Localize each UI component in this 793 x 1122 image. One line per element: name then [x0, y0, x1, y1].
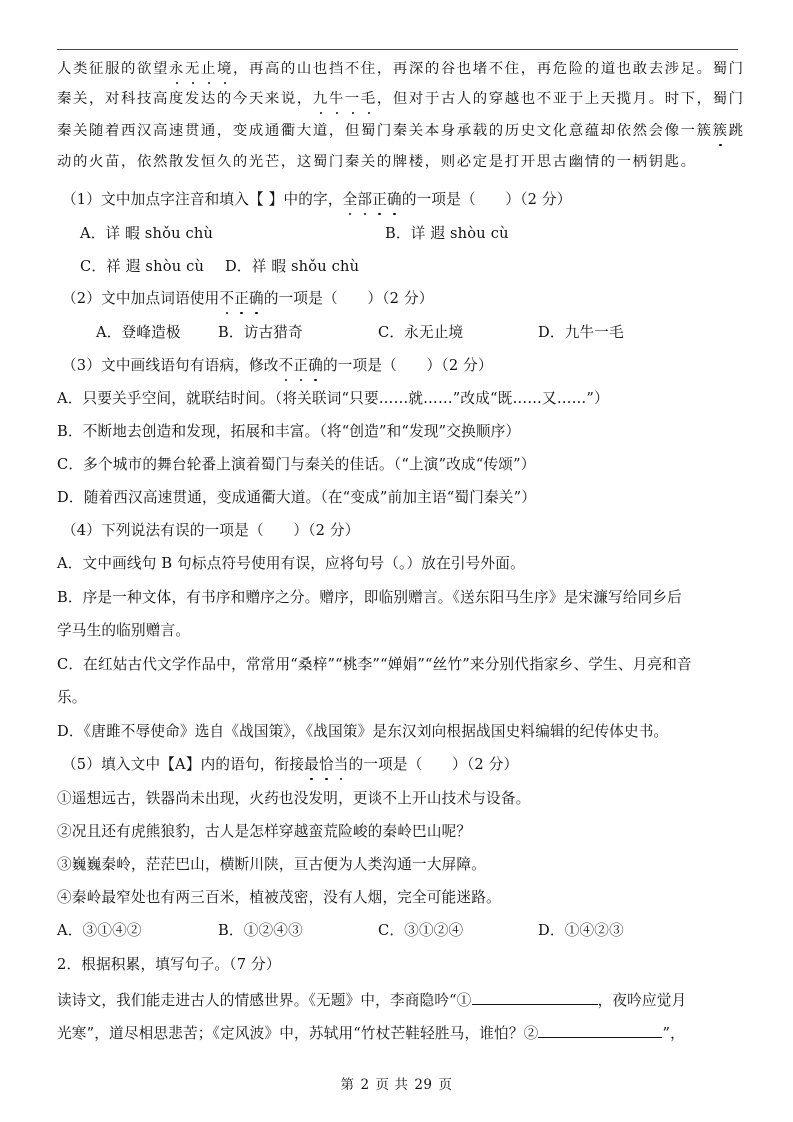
q5-sentence-2: ②况且还有虎熊狼豹，古人是怎样穿越蛮荒险峻的秦岭巴山呢？ [57, 822, 471, 842]
q4-option-c: C．在红姑古代文学作品中，常常用“桑梓”“桃李”“婵娟”“丝竹”来分别代指家乡、… [57, 655, 692, 675]
emphasis-char: 一 [345, 89, 361, 109]
emphasis-char: 正 [293, 356, 308, 376]
q1-option-b: B．详 遐 shòu cù [385, 224, 509, 244]
fill-in-line-1: 读诗文，我们能走进古人的情感世界。《无题》中，李商隐吟“①，夜吟应觉月 [57, 989, 686, 1011]
q2-option-a: A．登峰造极 [96, 323, 181, 343]
emphasis-char: 无 [185, 59, 201, 79]
passage-text: 秦关，对科技高度发达的今天来说， [57, 91, 313, 107]
passage-text: 动的火苗，依然散发恒久的光芒，这蜀门秦关的牌楼，则必定是打开思古幽情的一柄钥匙。 [57, 154, 697, 170]
q5-sentence-3: ③巍巍秦岭，茫茫巴山，横断川陕，亘古便为人类沟通一大屏障。 [57, 855, 486, 875]
stem-text: 的一项是（ ）（2 分） [323, 357, 493, 374]
passage-text: 秦关随着西汉高速贯通，变成通衢大道，但蜀门秦关本身承载的历史文化意蕴却依然会像一… [57, 123, 713, 139]
emphasis-char: 最 [304, 755, 319, 775]
emphasis-char: 正 [234, 289, 249, 309]
q2-option-c: C．永无止境 [378, 323, 463, 343]
q5-option-d: D．①④②③ [538, 921, 624, 941]
stem-text: （3）文中画线语句有语病，修改 [62, 357, 279, 374]
q5-option-c: C．③①②④ [378, 921, 463, 941]
q4-option-c-cont: 乐。 [57, 688, 87, 708]
emphasis-char: 恰 [319, 755, 334, 775]
emphasis-char: 全 [343, 190, 358, 210]
emphasis-char: 确 [387, 190, 402, 210]
q3-option-d: D．随着西汉高速贯通，变成通衢大道。（在“变成”前加主语“蜀门秦关”） [57, 488, 536, 508]
section-2-title: 2．根据积累，填写句子。（7 分） [57, 955, 281, 975]
q4-option-d: D．《唐雎不辱使命》选自《战国策》，《战国策》是东汉刘向根据战国史料编辑的纪传体… [57, 722, 668, 742]
q4-option-b-cont: 学马生的临别赠言。 [57, 621, 190, 641]
passage-line-4: 动的火苗，依然散发恒久的光芒，这蜀门秦关的牌楼，则必定是打开思古幽情的一柄钥匙。 [57, 152, 697, 172]
q2-option-d: D．九牛一毛 [538, 323, 624, 343]
current-page-number: 2 [360, 1077, 369, 1093]
emphasis-char: 不 [219, 289, 234, 309]
footer-text: 页 共 [376, 1077, 409, 1093]
emphasis-char: 确 [249, 289, 264, 309]
fill-text: ”， [662, 1025, 684, 1042]
question-5-stem: （5）填入文中【A】内的语句，衔接最恰当的一项是（ ）（2 分） [62, 755, 518, 775]
emphasis-char: 当 [334, 755, 349, 775]
emphasis-char: 九 [313, 89, 329, 109]
fill-text: ，夜吟应觉月 [598, 992, 687, 1009]
fill-in-line-2: 光寒”，道尽相思悲苦；《定风波》中，苏轼用“竹杖芒鞋轻胜马，谁怕？②”， [57, 1022, 685, 1044]
emphasis-char: 簇 [713, 121, 729, 141]
header-rule [57, 49, 738, 50]
page-footer: 第2页 共29页 [0, 1073, 793, 1093]
passage-line-3: 秦关随着西汉高速贯通，变成通衢大道，但蜀门秦关本身承载的历史文化意蕴却依然会像一… [57, 121, 745, 141]
emphasis-char: 境 [217, 59, 233, 79]
q4-option-a: A．文中画线句 B 句标点符号使用有误，应将句号（。）放在引号外面。 [57, 554, 525, 574]
stem-text: （5）填入文中【A】内的语句，衔接 [62, 756, 304, 773]
passage-text: ，再高的山也挡不住，再深的谷也堵不住，再危险的道也敢去涉足。蜀门 [233, 61, 745, 77]
q3-option-b: B．不断地去创造和发现，拓展和丰富。（将“创造”和“发现”交换顺序） [57, 422, 520, 442]
stem-text: （2）文中加点词语使用 [62, 290, 219, 307]
q5-option-b: B．①②④③ [218, 921, 303, 941]
question-2-stem: （2）文中加点词语使用不正确的一项是（ ）（2 分） [62, 289, 434, 309]
q2-option-b: B．访古猎奇 [218, 323, 303, 343]
total-page-count: 29 [414, 1077, 432, 1093]
question-4-stem: （4）下列说法有误的一项是（ ）（2 分） [62, 521, 360, 541]
q5-sentence-1: ①遥想远古，铁器尚未出现，火药也没发明，更谈不上开山技术与设备。 [57, 789, 530, 809]
q1-option-d: D．祥 暇 shǒu chù [225, 257, 359, 277]
emphasis-char: 不 [279, 356, 294, 376]
emphasis-char: 部 [357, 190, 372, 210]
fill-text: 读诗文，我们能走进古人的情感世界。《无题》中，李商隐吟“① [57, 992, 472, 1009]
emphasis-char: 止 [201, 59, 217, 79]
passage-text: 跳 [729, 123, 745, 139]
q3-option-c: C．多个城市的舞台轮番上演着蜀门与秦关的佳话。（“上演”改成“传颂”） [57, 455, 536, 475]
q5-option-a: A．③①④② [57, 921, 142, 941]
passage-line-1: 人类征服的欲望永无止境，再高的山也挡不住，再深的谷也堵不住，再危险的道也敢去涉足… [57, 59, 745, 79]
passage-text: ，但对于古人的穿越也不亚于上天揽月。时下，蜀门 [377, 91, 745, 107]
emphasis-char: 牛 [329, 89, 345, 109]
passage-line-2: 秦关，对科技高度发达的今天来说，九牛一毛，但对于古人的穿越也不亚于上天揽月。时下… [57, 89, 745, 109]
emphasis-char: 毛 [361, 89, 377, 109]
stem-text: 的一项是（ ）（2 分） [402, 191, 572, 208]
question-3-stem: （3）文中画线语句有语病，修改不正确的一项是（ ）（2 分） [62, 356, 493, 376]
passage-text: 人类征服的欲望 [57, 61, 169, 77]
emphasis-char: 正 [372, 190, 387, 210]
q5-sentence-4: ④秦岭最窄处也有两三百米，植被茂密，没有人烟，完全可能迷路。 [57, 888, 501, 908]
footer-text: 第 [340, 1077, 354, 1093]
stem-text: （1）文中加点字注音和填入【 】中的字， [62, 191, 343, 208]
q4-option-b: B．序是一种文体，有书序和赠序之分。赠序，即临别赠言。《送东阳马生序》是宋濂写给… [57, 588, 682, 608]
answer-blank-1[interactable] [472, 989, 598, 1005]
footer-text: 页 [439, 1077, 453, 1093]
fill-text: 光寒”，道尽相思悲苦；《定风波》中，苏轼用“竹杖芒鞋轻胜马，谁怕？② [57, 1025, 538, 1042]
stem-text: 的一项是（ ）（2 分） [264, 290, 434, 307]
q3-option-a: A．只要关乎空间，就联结时间。（将关联词“只要……就……”改成“既……又……”） [57, 389, 609, 409]
emphasis-char: 确 [308, 356, 323, 376]
stem-text: 的一项是（ ）（2 分） [349, 756, 519, 773]
answer-blank-2[interactable] [538, 1022, 662, 1038]
q1-option-a: A．详 暇 shǒu chù [80, 224, 213, 244]
q1-option-c: C．祥 遐 shòu cù [80, 257, 204, 277]
emphasis-char: 永 [169, 59, 185, 79]
question-1-stem: （1）文中加点字注音和填入【 】中的字，全部正确的一项是（ ）（2 分） [62, 190, 572, 210]
